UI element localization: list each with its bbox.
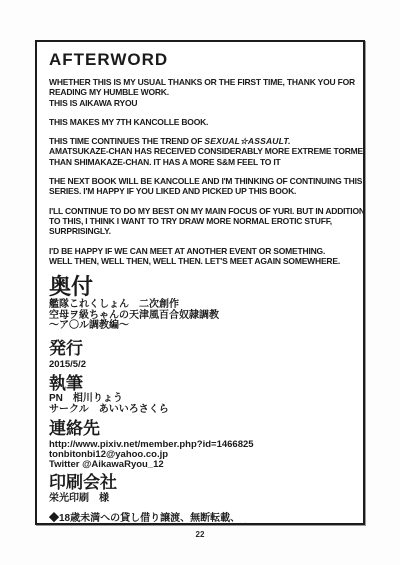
age-restriction-disclaimer: ◆18歳未満への貸し借り譲渡、無断転載、 無断複写、ネットへのアップロードを固く…: [49, 513, 355, 525]
page-number: 22: [0, 530, 400, 539]
printer-name: 栄光印刷 様: [49, 494, 355, 505]
afterword-paragraph-farewell: I'D BE HAPPY IF WE CAN MEET AT ANOTHER E…: [49, 246, 355, 267]
afterword-paragraph-series-trend: THIS TIME CONTINUES THE TREND OF SEXUAL☆…: [49, 136, 355, 167]
text-line: READING MY HUMBLE WORK.: [49, 87, 355, 97]
afterword-paragraph-thanks: WHETHER THIS IS MY USUAL THANKS OR THE F…: [49, 77, 355, 108]
text-line: SERIES. I'M HAPPY IF YOU LIKED AND PICKE…: [49, 186, 355, 196]
work-subtitle-line: ～ア〇ル調教編～: [49, 321, 355, 332]
disclaimer-line: 無断複写、ネットへのアップロードを固く禁じます: [49, 524, 355, 525]
text-line: AMATSUKAZE-CHAN HAS RECEIVED CONSIDERABL…: [49, 146, 355, 156]
text-line: I'LL CONTINUE TO DO MY BEST ON MY MAIN F…: [49, 206, 355, 216]
publication-date: 2015/5/2: [49, 360, 355, 370]
text-line: THAN SHIMAKAZE-CHAN. IT HAS A MORE S&M F…: [49, 157, 355, 167]
contact-twitter: Twitter @AikawaRyou_12: [49, 460, 355, 470]
text-line: THE NEXT BOOK WILL BE KANCOLLE AND I'M T…: [49, 176, 355, 186]
text-line: THIS TIME CONTINUES THE TREND OF SEXUAL☆…: [49, 136, 355, 146]
text-line: I'D BE HAPPY IF WE CAN MEET AT ANOTHER E…: [49, 246, 355, 256]
text-line: WHETHER THIS IS MY USUAL THANKS OR THE F…: [49, 77, 355, 87]
text-line: THIS IS AIKAWA RYOU: [49, 98, 355, 108]
afterword-paragraph-next-book: THE NEXT BOOK WILL BE KANCOLLE AND I'M T…: [49, 176, 355, 197]
colophon-section: 奥付 艦隊これくしょん 二次創作 空母ヲ級ちゃんの天津風百合奴隷調教 ～ア〇ル調…: [49, 275, 355, 525]
afterword-paragraph-seventh-book: THIS MAKES MY 7TH KANCOLLE BOOK.: [49, 117, 355, 127]
emphasized-title-text: SEXUAL☆ASSAULT.: [204, 136, 290, 146]
doujin-afterword-page: AFTERWORD WHETHER THIS IS MY USUAL THANK…: [0, 0, 400, 565]
text-line: THIS MAKES MY 7TH KANCOLLE BOOK.: [49, 117, 355, 127]
colophon-heading-publication: 発行: [49, 340, 355, 358]
author-circle-name: サークル あいいろさくら: [49, 405, 355, 416]
afterword-section: AFTERWORD WHETHER THIS IS MY USUAL THANK…: [49, 50, 355, 266]
colophon-heading-contact: 連絡先: [49, 420, 355, 438]
text-line: TO THIS, I THINK I WANT TO TRY DRAW MORE…: [49, 216, 355, 226]
disclaimer-line: ◆18歳未満への貸し借り譲渡、無断転載、: [49, 513, 355, 524]
colophon-heading-author: 執筆: [49, 375, 355, 393]
text-segment: THIS TIME CONTINUES THE TREND OF: [49, 136, 204, 146]
afterword-paragraph-yuri-focus: I'LL CONTINUE TO DO MY BEST ON MY MAIN F…: [49, 206, 355, 237]
text-line: WELL THEN, WELL THEN, WELL THEN. LET'S M…: [49, 256, 355, 266]
colophon-heading-printer: 印刷会社: [49, 474, 355, 492]
afterword-title: AFTERWORD: [49, 50, 355, 70]
text-line: SURPRISINGLY.: [49, 226, 355, 236]
page-border-frame: AFTERWORD WHETHER THIS IS MY USUAL THANK…: [35, 40, 365, 525]
colophon-heading-okuzuke: 奥付: [49, 275, 355, 298]
